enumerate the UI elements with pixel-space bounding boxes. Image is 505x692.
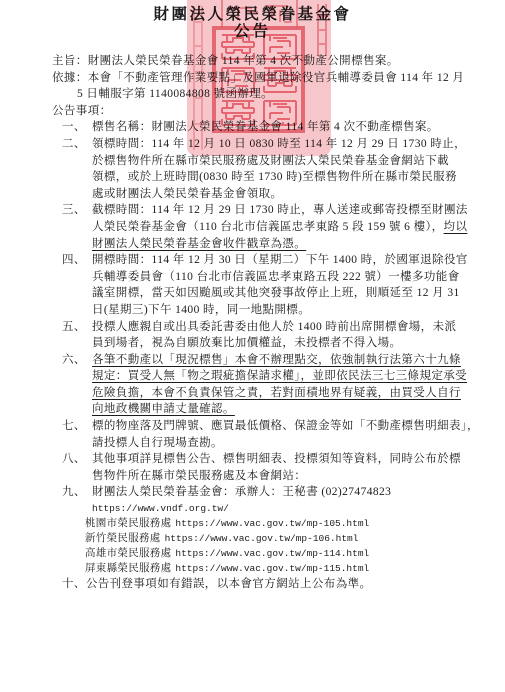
subject-line: 主旨：財團法人榮民榮眷基金會 114 年第 4 次不動產公開標售案。 [52, 53, 479, 70]
item-text-line: 兵輔導委員會（110 台北市信義區忠孝東路五段 222 號）一樓多功能會 [92, 269, 483, 286]
basis-text-1: 本會「不動產管理作業要點」及國軍退除役官兵輔導委員會 114 年 12 月 [88, 72, 465, 84]
item-text-line: 領標時間：114 年 12 月 10 日 0830 時至 114 年 12 月 … [92, 136, 483, 153]
text-segment: 投標人應親自或出具委託書委由他人於 1400 時前出席開標會場，未派 [92, 321, 456, 333]
page-title: 財團法人榮民榮眷基金會 [0, 6, 505, 23]
underlined-text: 均以 [444, 221, 468, 233]
text-segment: 標售名稱：財團法人榮民榮眷基金會 114 年第 4 次不動產標售案。 [92, 121, 439, 133]
office-name: 桃園市榮民服務處 [85, 518, 171, 529]
item-text-line: 議室開標，當天如因颱風或其他突發事故停止上班，則順延至 12 月 31 [92, 285, 483, 302]
text-segment: 售物件所在縣市榮民服務處及本會網站： [92, 470, 306, 482]
office-url: https://www.vac.gov.tw/mp-115.html [175, 563, 369, 574]
text-segment: 領標，或於上班時間(0830 時至 1730 時)至標售物件所在縣市榮民服務 [92, 171, 457, 183]
item-number: 一、 [62, 119, 92, 136]
announcement-item: 七、標的物座落及門牌號、應買最低價格、保證金等如「不動產標售明細表」，請投標人自… [62, 418, 483, 451]
office-name: 高雄市榮民服務處 [85, 548, 171, 559]
item-text-line: 標售名稱：財團法人榮民榮眷基金會 114 年第 4 次不動產標售案。 [92, 119, 483, 136]
item-text-line: 請投標人自行現場查勘。 [92, 435, 483, 452]
item-text-line: 財團法人榮民榮眷基金會收件戳章為憑。 [92, 236, 483, 253]
text-segment: 截標時間：114 年 12 月 29 日 1730 時止，專人送達或郵寄投標至財… [92, 204, 468, 216]
announcement-item: 十、公告刊登事項如有錯誤，以本會官方網站上公布為準。 [62, 576, 483, 593]
item-text-line: 日(星期三)下午 1400 時，同一地點開標。 [92, 302, 483, 319]
item-text-line: 員到場者，視為自願放棄比加價權益，未投標者不得入場。 [92, 335, 483, 352]
item-number: 九、 [62, 484, 92, 501]
office-name: 屏東縣榮民服務處 [85, 563, 171, 574]
office-url: https://www.vac.gov.tw/mp-105.html [175, 518, 369, 529]
underlined-text: 財團法人榮民榮眷基金會收件戳章為憑。 [92, 238, 306, 250]
item-text-line: 投標人應親自或出具委託書委由他人於 1400 時前出席開標會場，未派 [92, 319, 483, 336]
item-number: 七、 [62, 418, 92, 435]
item-text-line: 危險負擔，本會不負責保管之責，若對面積地界有疑義，由買受人自行 [92, 385, 483, 402]
text-segment: 開標時間：114 年 12 月 30 日（星期二）下午 1400 時，於國軍退除… [92, 254, 468, 266]
item-text-line: 人榮民榮眷基金會（110 台北市信義區忠孝東路 5 段 159 號 6 樓），均… [92, 219, 483, 236]
item-number: 六、 [62, 352, 92, 369]
item-text: 投標人應親自或出具委託書委由他人於 1400 時前出席開標會場，未派員到場者，視… [92, 319, 483, 352]
basis-text-2: 5 日輔服字第 1140084808 號函辦理。 [77, 88, 273, 100]
item-text-line: 公告刊登事項如有錯誤，以本會官方網站上公布為準。 [86, 576, 483, 593]
item-text: 標的物座落及門牌號、應買最低價格、保證金等如「不動產標售明細表」，請投標人自行現… [92, 418, 483, 451]
item-text: 財團法人榮民榮眷基金會：承辦人：王秘書 (02)27474823https://… [92, 484, 483, 576]
item-text: 公告刊登事項如有錯誤，以本會官方網站上公布為準。 [86, 576, 483, 593]
item-number: 三、 [62, 202, 92, 219]
item-text-line: 領標，或於上班時間(0830 時至 1730 時)至標售物件所在縣市榮民服務 [92, 169, 483, 186]
office-name: 新竹榮民服務處 [85, 533, 161, 544]
office-link-row: 桃園市榮民服務處https://www.vac.gov.tw/mp-105.ht… [85, 516, 483, 531]
underlined-text: 危險負擔，本會不負責保管之責，若對面積地界有疑義，由買受人自行 [92, 387, 461, 399]
document-title-block: 財團法人榮民榮眷基金會 公告 [0, 0, 505, 40]
text-segment: 日(星期三)下午 1400 時，同一地點開標。 [92, 304, 310, 316]
office-url: https://www.vac.gov.tw/mp-114.html [175, 548, 369, 559]
item-text-line: 標的物座落及門牌號、應買最低價格、保證金等如「不動產標售明細表」， [92, 418, 483, 435]
item-text-line: 規定：買受人無「物之瑕疵擔保請求權」，並即依民法三七三條規定承受 [92, 368, 483, 385]
item-text-line: 處或財團法人榮民榮眷基金會領取。 [92, 186, 483, 203]
item-text-line: 售物件所在縣市榮民服務處及本會網站： [92, 468, 483, 485]
text-segment: 人榮民榮眷基金會（110 台北市信義區忠孝東路 5 段 159 號 6 樓）， [92, 221, 444, 233]
underlined-text: 向地政機關申請丈量確認。 [92, 403, 235, 415]
item-text: 其他事項詳見標售公告、標售明細表、投標須知等資料，同時公布於標售物件所在縣市榮民… [92, 451, 483, 484]
text-segment: 議室開標，當天如因颱風或其他突發事故停止上班，則順延至 12 月 31 [92, 287, 460, 299]
text-segment: 領標時間：114 年 12 月 10 日 0830 時至 114 年 12 月 … [92, 138, 466, 150]
subject-label: 主旨： [52, 55, 88, 67]
item-number: 二、 [62, 136, 92, 153]
page-subtitle: 公告 [0, 23, 505, 40]
text-segment: 請投標人自行現場查勘。 [92, 437, 223, 449]
item-number: 十、 [62, 576, 86, 593]
announcement-item: 四、開標時間：114 年 12 月 30 日（星期二）下午 1400 時，於國軍… [62, 252, 483, 318]
text-segment: 財團法人榮民榮眷基金會：承辦人：王秘書 (02)27474823 [92, 486, 391, 498]
subject-text: 財團法人榮民榮眷基金會 114 年第 4 次不動產公開標售案。 [88, 55, 399, 67]
announcement-item: 三、截標時間：114 年 12 月 29 日 1730 時止，專人送達或郵寄投標… [62, 202, 483, 252]
item-text-line: 其他事項詳見標售公告、標售明細表、投標須知等資料，同時公布於標 [92, 451, 483, 468]
announcement-document: 財團法人榮民榮眷基金會 公告 主旨：財團法人榮民榮眷基金會 114 年第 4 次… [0, 0, 505, 692]
items-heading: 公告事項： [52, 103, 479, 120]
announcement-items: 一、標售名稱：財團法人榮民榮眷基金會 114 年第 4 次不動產標售案。二、領標… [62, 119, 483, 592]
basis-label: 依據： [52, 72, 88, 84]
office-link-list: https://www.vndf.org.tw/桃園市榮民服務處https://… [85, 501, 483, 576]
text-segment: 處或財團法人榮民榮眷基金會領取。 [92, 188, 282, 200]
item-text: 各筆不動產以「現況標售」本會不辦理點交，依強制執行法第六十九條規定：買受人無「物… [92, 352, 483, 418]
office-url: https://www.vndf.org.tw/ [92, 503, 229, 514]
item-text: 截標時間：114 年 12 月 29 日 1730 時止，專人送達或郵寄投標至財… [92, 202, 483, 252]
announcement-item: 五、投標人應親自或出具委託書委由他人於 1400 時前出席開標會場，未派員到場者… [62, 319, 483, 352]
item-text: 領標時間：114 年 12 月 10 日 0830 時至 114 年 12 月 … [92, 136, 483, 202]
text-segment: 其他事項詳見標售公告、標售明細表、投標須知等資料，同時公布於標 [92, 453, 461, 465]
basis-line-2: 5 日輔服字第 1140084808 號函辦理。 [52, 86, 479, 103]
front-matter: 主旨：財團法人榮民榮眷基金會 114 年第 4 次不動產公開標售案。 依據：本會… [52, 53, 479, 119]
underlined-text: 規定：買受人無「物之瑕疵擔保請求權」，並即依民法三七三條規定承受 [92, 370, 467, 382]
announcement-item: 六、各筆不動產以「現況標售」本會不辦理點交，依強制執行法第六十九條規定：買受人無… [62, 352, 483, 418]
text-segment: 於標售物件所在縣市榮民服務處及財團法人榮民榮眷基金會網站下載 [92, 155, 449, 167]
announcement-item: 一、標售名稱：財團法人榮民榮眷基金會 114 年第 4 次不動產標售案。 [62, 119, 483, 136]
item-text-line: 於標售物件所在縣市榮民服務處及財團法人榮民榮眷基金會網站下載 [92, 153, 483, 170]
text-segment: 公告刊登事項如有錯誤，以本會官方網站上公布為準。 [86, 578, 372, 590]
office-link-row: 高雄市榮民服務處https://www.vac.gov.tw/mp-114.ht… [85, 546, 483, 561]
item-number: 四、 [62, 252, 92, 269]
text-segment: 標的物座落及門牌號、應買最低價格、保證金等如「不動產標售明細表」， [92, 420, 479, 432]
item-text-line: 財團法人榮民榮眷基金會：承辦人：王秘書 (02)27474823 [92, 484, 483, 501]
text-segment: 員到場者，視為自願放棄比加價權益，未投標者不得入場。 [92, 337, 401, 349]
item-text-line: 截標時間：114 年 12 月 29 日 1730 時止，專人送達或郵寄投標至財… [92, 202, 483, 219]
announcement-item: 二、領標時間：114 年 12 月 10 日 0830 時至 114 年 12 … [62, 136, 483, 202]
text-segment: 兵輔導委員會（110 台北市信義區忠孝東路五段 222 號）一樓多功能會 [92, 271, 460, 283]
office-link-row: https://www.vndf.org.tw/ [85, 501, 483, 516]
office-link-row: 新竹榮民服務處https://www.vac.gov.tw/mp-106.htm… [85, 531, 483, 546]
item-text-line: 各筆不動產以「現況標售」本會不辦理點交，依強制執行法第六十九條 [92, 352, 483, 369]
office-link-row: 屏東縣榮民服務處https://www.vac.gov.tw/mp-115.ht… [85, 561, 483, 576]
item-text: 標售名稱：財團法人榮民榮眷基金會 114 年第 4 次不動產標售案。 [92, 119, 483, 136]
office-url: https://www.vac.gov.tw/mp-106.html [165, 533, 359, 544]
item-number: 五、 [62, 319, 92, 336]
announcement-item: 九、財團法人榮民榮眷基金會：承辦人：王秘書 (02)27474823https:… [62, 484, 483, 576]
item-text-line: 開標時間：114 年 12 月 30 日（星期二）下午 1400 時，於國軍退除… [92, 252, 483, 269]
basis-line-1: 依據：本會「不動產管理作業要點」及國軍退除役官兵輔導委員會 114 年 12 月 [52, 70, 479, 87]
announcement-item: 八、其他事項詳見標售公告、標售明細表、投標須知等資料，同時公布於標售物件所在縣市… [62, 451, 483, 484]
item-text: 開標時間：114 年 12 月 30 日（星期二）下午 1400 時，於國軍退除… [92, 252, 483, 318]
item-text-line: 向地政機關申請丈量確認。 [92, 401, 483, 418]
item-number: 八、 [62, 451, 92, 468]
underlined-text: 各筆不動產以「現況標售」本會不辦理點交，依強制執行法第六十九條 [92, 354, 461, 366]
